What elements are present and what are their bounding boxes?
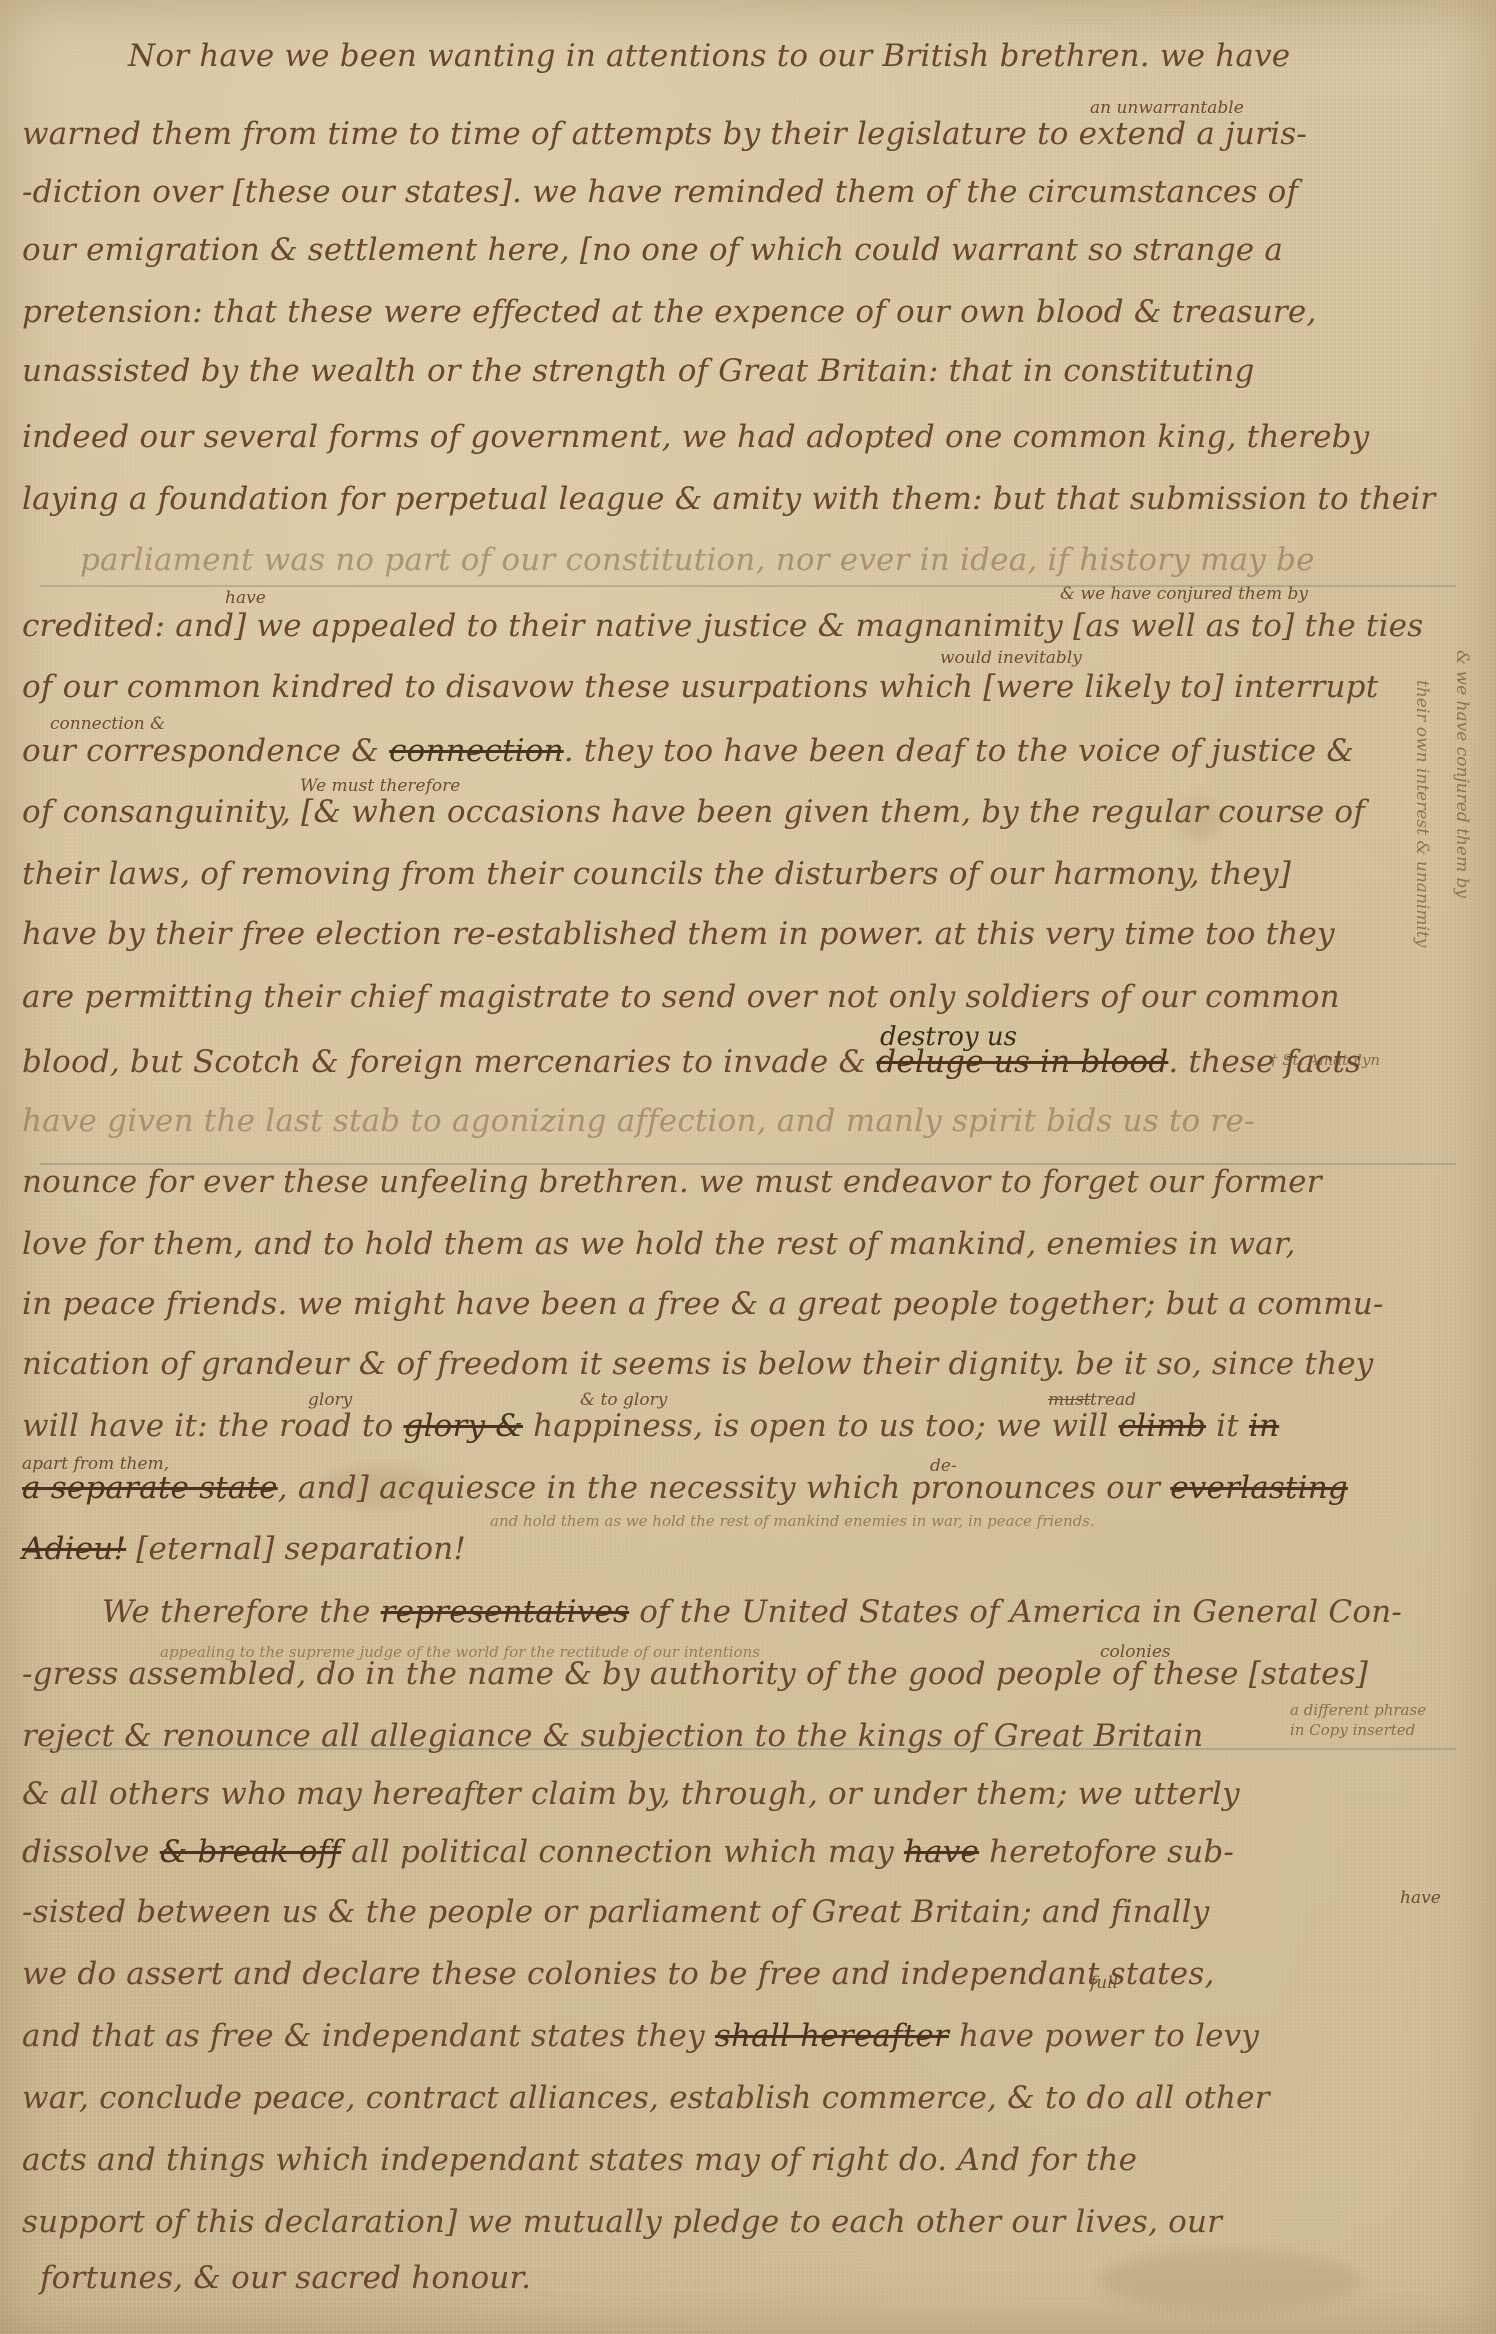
line-text: We therefore the xyxy=(102,1594,381,1630)
struck-text: climb xyxy=(1119,1408,1206,1444)
line-text: , and] acquiesce in the necessity which … xyxy=(278,1470,1171,1506)
manuscript-line: Adieu! [eternal] separation! xyxy=(22,1531,466,1567)
line-text: nounce for ever these unfeeling brethren… xyxy=(22,1164,1322,1200)
line-text: nication of grandeur & of freedom it see… xyxy=(22,1346,1374,1382)
manuscript-line: warned them from time to time of attempt… xyxy=(22,116,1307,152)
manuscript-line: are permitting their chief magistrate to… xyxy=(22,979,1340,1015)
interlinear-insertion: de- xyxy=(930,1456,957,1476)
manuscript-line: indeed our several forms of government, … xyxy=(22,419,1369,455)
struck-text: glory & xyxy=(403,1408,523,1444)
line-text: & all others who may hereafter claim by,… xyxy=(22,1776,1240,1812)
line-text: -diction over [these our states]. we hav… xyxy=(22,174,1298,210)
line-text: are permitting their chief magistrate to… xyxy=(22,979,1340,1015)
faint-insertion: appealing to the supreme judge of the wo… xyxy=(160,1643,760,1661)
manuscript-line: -diction over [these our states]. we hav… xyxy=(22,174,1298,210)
margin-vertical-note: & we have conjured them by xyxy=(1452,650,1472,898)
interlinear-insertion: destroy us xyxy=(880,1022,1017,1052)
struck-text: Adieu! xyxy=(22,1531,126,1567)
line-text: we do assert and declare these colonies … xyxy=(22,1956,1215,1992)
manuscript-line: and that as free & independant states th… xyxy=(22,2018,1259,2054)
line-text: parliament was no part of our constituti… xyxy=(80,542,1315,578)
manuscript-line: in peace friends. we might have been a f… xyxy=(22,1286,1384,1322)
line-text: dissolve xyxy=(22,1834,160,1870)
manuscript-line: reject & renounce all allegiance & subje… xyxy=(22,1718,1203,1754)
line-text: correspondence & xyxy=(86,733,389,769)
struck-text: shall hereafter xyxy=(715,2018,949,2054)
line-text: credited: and] we appealed to their nati… xyxy=(22,608,1423,644)
manuscript-line: unassisted by the wealth or the strength… xyxy=(22,353,1255,389)
line-text: unassisted by the wealth or the strength… xyxy=(22,353,1255,389)
manuscript-line: acts and things which independant states… xyxy=(22,2142,1137,2178)
line-text: it xyxy=(1206,1408,1249,1444)
interlinear-insertion: have xyxy=(225,588,266,608)
manuscript-line: laying a foundation for perpetual league… xyxy=(22,481,1435,517)
interlinear-insertion: glory xyxy=(308,1390,352,1410)
manuscript-line: love for them, and to hold them as we ho… xyxy=(22,1226,1296,1262)
manuscript-line: have by their free election re-establish… xyxy=(22,916,1335,952)
interlinear-insertion: tread xyxy=(1090,1390,1136,1410)
line-text: Nor have we been wanting in attentions t… xyxy=(128,38,1290,74)
line-text: blood, but Scotch & foreign mercenaries … xyxy=(22,1044,876,1080)
interlinear-insertion: connection & xyxy=(50,714,165,734)
struck-text: connection xyxy=(389,733,564,769)
manuscript-line: dissolve & break off all political conne… xyxy=(22,1834,1234,1870)
manuscript-line: pretension: that these were effected at … xyxy=(22,294,1317,330)
margin-note-line: in Copy inserted xyxy=(1290,1720,1426,1740)
line-text: of our common kindred to disavow these u… xyxy=(22,669,1378,705)
interlinear-insertion: have xyxy=(1400,1888,1441,1908)
line-text: happiness, is open to us too; we will xyxy=(523,1408,1119,1444)
manuscript-line: war, conclude peace, contract alliances,… xyxy=(22,2080,1270,2116)
interlinear-insertion: would inevitably xyxy=(940,648,1082,668)
line-text: indeed our several forms of government, … xyxy=(22,419,1369,455)
manuscript-line: will have it: the road to glory & happin… xyxy=(22,1408,1279,1444)
manuscript-page: Nor have we been wanting in attentions t… xyxy=(0,0,1496,2334)
manuscript-line: support of this declaration] we mutually… xyxy=(22,2204,1222,2240)
manuscript-line: of consanguinity, [& when occasions have… xyxy=(22,794,1365,830)
manuscript-line: fortunes, & our sacred honour. xyxy=(40,2260,531,2296)
line-text: warned them from time to time of attempt… xyxy=(22,116,1307,152)
manuscript-line: of our common kindred to disavow these u… xyxy=(22,669,1378,705)
interlinear-insertion: apart from them, xyxy=(22,1454,169,1474)
struck-text: & break off xyxy=(160,1834,341,1870)
manuscript-line: our emigration & settlement here, [no on… xyxy=(22,232,1283,268)
interlinear-insertion: We must therefore xyxy=(300,776,460,796)
line-text: will have it: the road to xyxy=(22,1408,403,1444)
manuscript-line: their laws, of removing from their counc… xyxy=(22,856,1291,892)
manuscript-line: we do assert and declare these colonies … xyxy=(22,1956,1215,1992)
manuscript-line: blood, but Scotch & foreign mercenaries … xyxy=(22,1044,1361,1080)
faint-insertion: and hold them as we hold the rest of man… xyxy=(490,1512,1095,1530)
line-text: of consanguinity, [& when occasions have… xyxy=(22,794,1365,830)
interlinear-insertion: & to glory xyxy=(580,1390,667,1410)
line-text: have power to levy xyxy=(949,2018,1259,2054)
interlinear-insertion: & we have conjured them by xyxy=(1060,584,1308,604)
line-text: all political connection which may xyxy=(341,1834,904,1870)
line-text: heretofore sub- xyxy=(979,1834,1234,1870)
line-text: laying a foundation for perpetual league… xyxy=(22,481,1435,517)
interlinear-insertion: full xyxy=(1090,1973,1118,1993)
margin-note-st: † St. Amatolyn xyxy=(1270,1050,1380,1070)
line-text: acts and things which independant states… xyxy=(22,2142,1137,2178)
manuscript-line: & all others who may hereafter claim by,… xyxy=(22,1776,1240,1812)
stain xyxy=(1100,2250,1360,2310)
line-text: -sisted between us & the people or parli… xyxy=(22,1894,1210,1930)
line-text: our xyxy=(22,733,86,769)
manuscript-line: a separate state, and] acquiesce in the … xyxy=(22,1470,1348,1506)
line-text: have by their free election re-establish… xyxy=(22,916,1335,952)
manuscript-line: credited: and] we appealed to their nati… xyxy=(22,608,1423,644)
line-text: pretension: that these were effected at … xyxy=(22,294,1317,330)
line-text: and that as free & independant states th… xyxy=(22,2018,715,2054)
interlinear-insertion: must xyxy=(1048,1390,1091,1410)
interlinear-insertion: an unwarrantable xyxy=(1090,98,1244,118)
line-text: our emigration & settlement here, [no on… xyxy=(22,232,1283,268)
line-text: love for them, and to hold them as we ho… xyxy=(22,1226,1296,1262)
line-text: their laws, of removing from their counc… xyxy=(22,856,1291,892)
struck-text: representatives xyxy=(381,1594,629,1630)
manuscript-line: nication of grandeur & of freedom it see… xyxy=(22,1346,1374,1382)
struck-text: a separate state xyxy=(22,1470,278,1506)
struck-text: have xyxy=(904,1834,979,1870)
manuscript-line: nounce for ever these unfeeling brethren… xyxy=(22,1164,1322,1200)
line-text: support of this declaration] we mutually… xyxy=(22,2204,1222,2240)
struck-text: everlasting xyxy=(1170,1470,1348,1506)
manuscript-line: -sisted between us & the people or parli… xyxy=(22,1894,1210,1930)
manuscript-line: We therefore the representatives of the … xyxy=(102,1594,1402,1630)
line-text: of the United States of America in Gener… xyxy=(629,1594,1402,1630)
manuscript-line: have given the last stab to agonizing af… xyxy=(22,1103,1255,1139)
margin-vertical-note: their own interest & unanimity xyxy=(1412,680,1432,947)
line-text: war, conclude peace, contract alliances,… xyxy=(22,2080,1270,2116)
line-text: [eternal] separation! xyxy=(126,1531,466,1567)
margin-note-line: a different phrase xyxy=(1290,1700,1426,1720)
struck-text: in xyxy=(1249,1408,1279,1444)
margin-note-different-phrase: a different phrase in Copy inserted xyxy=(1290,1700,1426,1740)
line-text: reject & renounce all allegiance & subje… xyxy=(22,1718,1203,1754)
manuscript-line: our correspondence & connection. they to… xyxy=(22,733,1354,769)
interlinear-insertion: colonies xyxy=(1100,1642,1171,1662)
manuscript-line: Nor have we been wanting in attentions t… xyxy=(128,38,1290,74)
line-text: . they too have been deaf to the voice o… xyxy=(564,733,1354,769)
manuscript-line: parliament was no part of our constituti… xyxy=(80,542,1315,578)
line-text: in peace friends. we might have been a f… xyxy=(22,1286,1384,1322)
line-text: fortunes, & our sacred honour. xyxy=(40,2260,531,2296)
line-text: have given the last stab to agonizing af… xyxy=(22,1103,1255,1139)
